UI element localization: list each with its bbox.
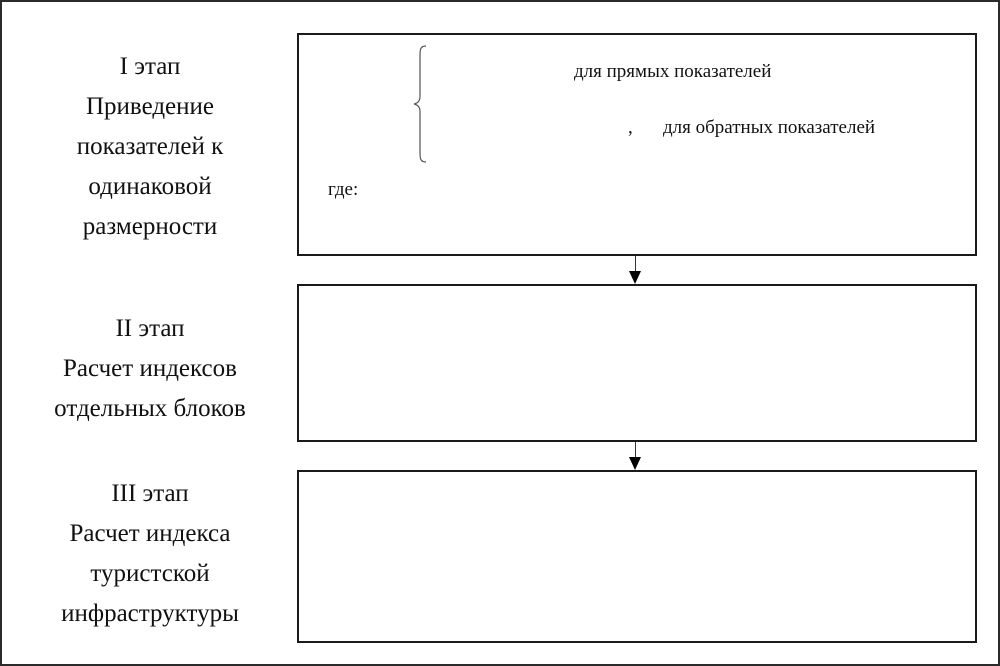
arrow-down-icon bbox=[629, 457, 641, 470]
stage-1-desc-line-4: размерности bbox=[30, 207, 270, 247]
arrow-down-icon bbox=[629, 271, 641, 284]
formula-separator-comma: , bbox=[628, 117, 633, 139]
stage-1-desc-line-3: одинаковой bbox=[30, 167, 270, 207]
stage-3-desc-line-2: туристской bbox=[30, 554, 270, 594]
arrow-shaft bbox=[635, 442, 636, 458]
curly-brace-icon bbox=[412, 44, 432, 164]
stage-2-title: II этап bbox=[30, 309, 270, 349]
stage-1-desc-line-1: Приведение bbox=[30, 87, 270, 127]
arrow-shaft bbox=[635, 256, 636, 272]
stage-3-title: III этап bbox=[30, 474, 270, 514]
where-label: где: bbox=[328, 179, 358, 201]
formula-case-inverse: для обратных показателей bbox=[663, 117, 875, 139]
stage-2-desc-line-2: отдельных блоков bbox=[30, 389, 270, 429]
stage-2-desc-line-1: Расчет индексов bbox=[30, 349, 270, 389]
stage-2-box bbox=[297, 284, 977, 442]
stage-3-desc-line-1: Расчет индекса bbox=[30, 514, 270, 554]
stage-1-desc-line-2: показателей к bbox=[30, 127, 270, 167]
stage-3-label: III этап Расчет индекса туристской инфра… bbox=[30, 474, 270, 634]
stage-1-title: I этап bbox=[30, 47, 270, 87]
stage-2-label: II этап Расчет индексов отдельных блоков bbox=[30, 309, 270, 429]
stage-3-box bbox=[297, 470, 977, 643]
stage-3-desc-line-3: инфраструктуры bbox=[30, 594, 270, 634]
formula-case-direct: для прямых показателей bbox=[574, 61, 771, 83]
stage-1-label: I этап Приведение показателей к одинаков… bbox=[30, 47, 270, 247]
